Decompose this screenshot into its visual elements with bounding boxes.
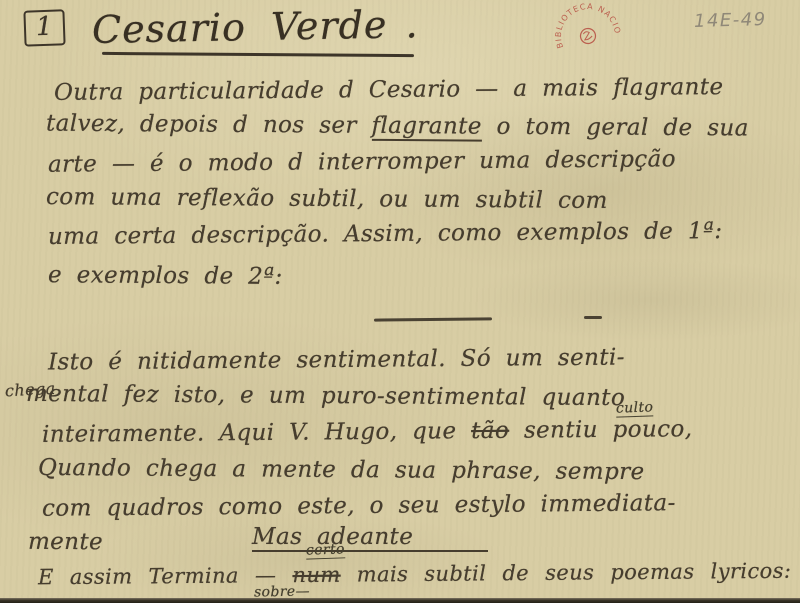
para1-line2-underlined-word: flagrante — [371, 113, 481, 142]
para1-line2-post: o tom geral de sua — [482, 114, 749, 142]
title-period: . — [405, 2, 419, 46]
footer-post: de seus poemas lyricos: — [486, 559, 791, 586]
para1-line5: uma certa descripção. Assim, como exempl… — [48, 213, 723, 255]
para1-line6: e exemplos de 2ª: — [48, 257, 283, 295]
separator-rule — [374, 317, 492, 321]
para2-line1: Isto é nitidamente sentimental. Só um se… — [48, 339, 625, 380]
page-number: 1 — [35, 12, 53, 43]
library-stamp: BIBLIOTECA NACIONAL — [542, 0, 634, 70]
footer-line: E assim Termina — num mais subtil de seu… — [38, 553, 792, 596]
manuscript-page: 1 Cesario Verde. BIBLIOTECA NACIONAL 14E… — [0, 0, 800, 603]
para2-line2: mental fez isto, e um puro-sentimental q… — [26, 376, 625, 416]
margin-note: chega — [5, 380, 56, 401]
para1-line1: Outra particularidade d Cesario — a mais… — [54, 69, 724, 111]
interline-insert: culto — [616, 399, 654, 417]
aside-note: Mas adeante — [252, 524, 488, 552]
stamp-icon: BIBLIOTECA NACIONAL — [542, 0, 634, 66]
separator-dash — [584, 316, 602, 319]
para1-line2-pre: talvez, depois d nos ser — [46, 111, 372, 139]
svg-text:BIBLIOTECA NACIONAL: BIBLIOTECA NACIONAL — [542, 0, 623, 54]
para2-line3-post: sentiu pouco, — [509, 416, 693, 444]
para1-line2: talvez, depois d nos ser flagrante o tom… — [46, 106, 749, 147]
footer-mid: mais subtil — [357, 561, 487, 586]
page-bottom-edge — [0, 598, 800, 603]
para2-line3-struck-word: tão — [471, 418, 509, 444]
page-title: Cesario Verde. — [92, 1, 419, 53]
para2-line4: Quando chega a mente da sua phrase, semp… — [38, 450, 645, 490]
title-underline — [102, 52, 414, 57]
footer-insert-above: certo — [306, 541, 345, 559]
stamp-text: BIBLIOTECA NACIONAL — [542, 0, 623, 54]
shelfmark: 14E-49 — [694, 9, 767, 32]
para2-line6: mente — [28, 524, 103, 561]
para1-line3: arte — é o modo d interromper uma descri… — [48, 141, 676, 182]
para2-line3-pre: inteiramente. Aqui V. Hugo, que — [42, 418, 471, 448]
page-number-box: 1 — [23, 9, 65, 46]
para2-line3: inteiramente. Aqui V. Hugo, que tão sent… — [42, 411, 693, 453]
para1-line4: com uma reflexão subtil, ou um subtil co… — [46, 179, 608, 219]
page-title-text: Cesario Verde — [92, 3, 388, 52]
